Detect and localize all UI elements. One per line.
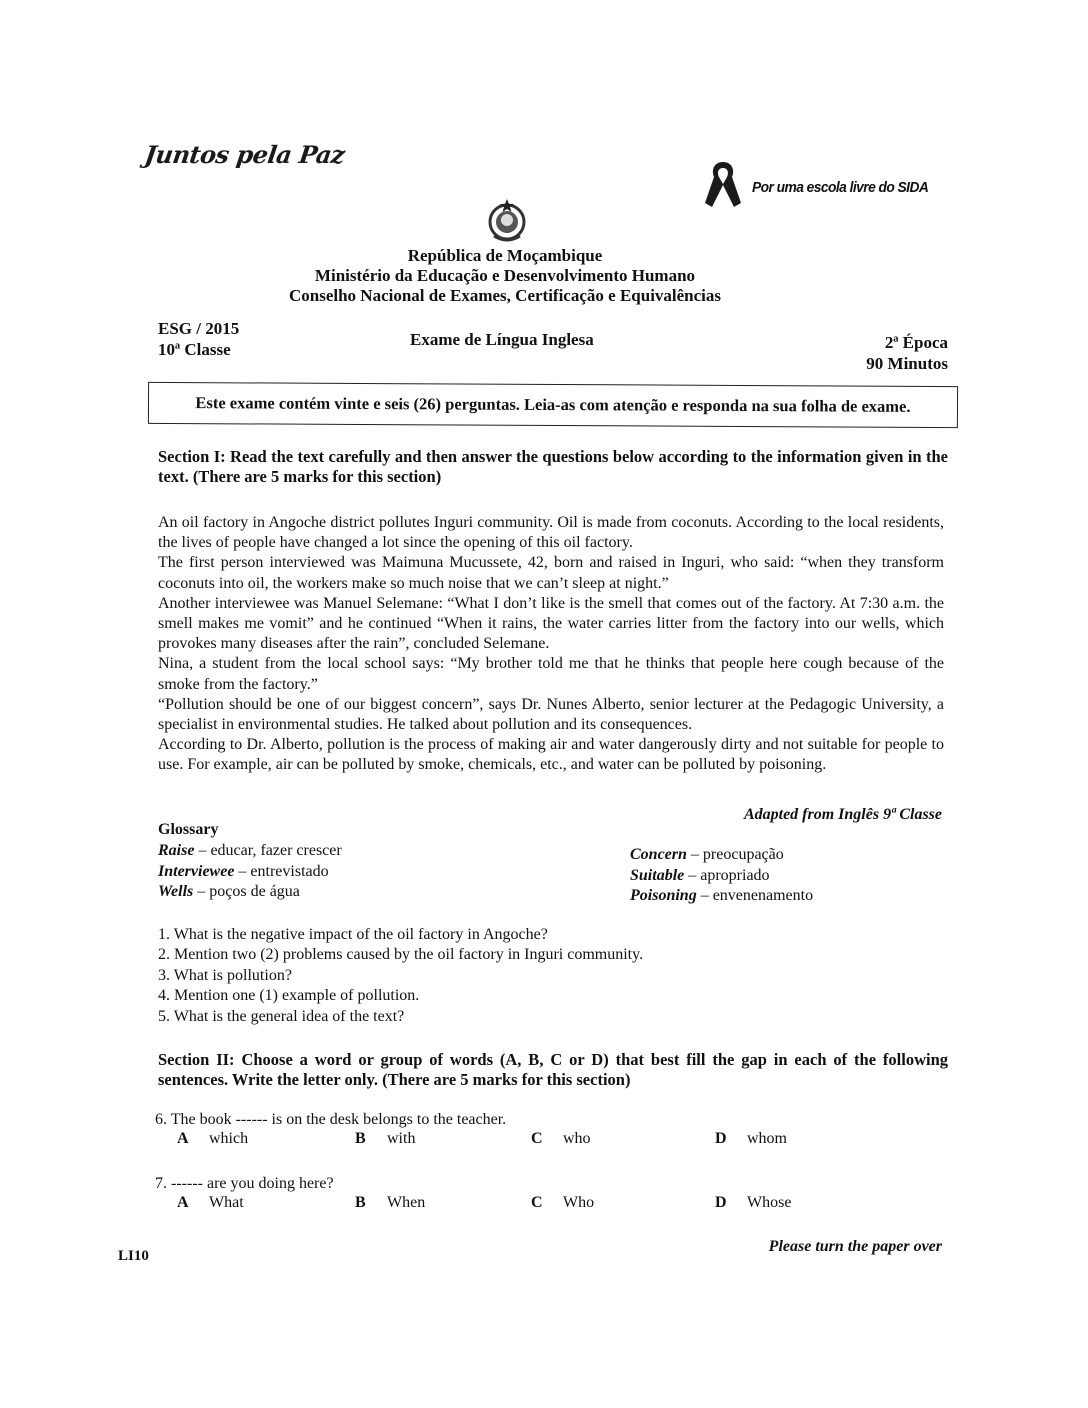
turn-over-note: Please turn the paper over <box>769 1238 942 1256</box>
section-1-heading: Section I: Read the text carefully and t… <box>158 447 948 487</box>
option-d: Dwhom <box>715 1130 787 1148</box>
passage-source: Adapted from Inglês 9ª Classe <box>744 806 942 824</box>
grade: 10ª Classe <box>158 339 239 360</box>
passage-paragraph: “Pollution should be one of our biggest … <box>158 695 944 735</box>
option-c: CWho <box>531 1194 594 1212</box>
option-a: AWhat <box>177 1194 244 1212</box>
mozambique-coat-of-arms-icon <box>482 196 532 246</box>
passage-paragraph: According to Dr. Alberto, pollution is t… <box>158 735 944 775</box>
question-stem: 7. ------ are you doing here? <box>155 1174 334 1194</box>
glossary-entry: Raise – educar, fazer crescer <box>158 841 342 862</box>
glossary-entry: Suitable – apropriado <box>630 866 813 887</box>
exam-title: Exame de Língua Inglesa <box>410 330 594 350</box>
answer-options: AWhat BWhen CWho DWhose <box>177 1194 334 1216</box>
slogan-text: Por uma escola livre do SIDA <box>752 179 928 196</box>
glossary-left: Raise – educar, fazer crescer Interviewe… <box>158 841 342 903</box>
page-code: LI10 <box>118 1248 149 1265</box>
passage-paragraph: Nina, a student from the local school sa… <box>158 654 944 694</box>
question: 5. What is the general idea of the text? <box>158 1007 643 1027</box>
exam-meta-right: 2ª Época 90 Minutos <box>866 332 948 374</box>
option-b: BWhen <box>355 1194 425 1212</box>
glossary-entry: Interviewee – entrevistado <box>158 862 342 883</box>
glossary-entry: Poisoning – envenenamento <box>630 886 813 907</box>
ministry-name: Ministério da Educação e Desenvolvimento… <box>0 266 1010 286</box>
glossary-entry: Concern – preocupação <box>630 845 813 866</box>
mcq-question-6: 6. The book ------ is on the desk belong… <box>155 1110 506 1152</box>
question: 1. What is the negative impact of the oi… <box>158 925 643 945</box>
instructions-box: Este exame contém vinte e seis (26) perg… <box>148 382 958 428</box>
council-name: Conselho Nacional de Exames, Certificaçã… <box>0 286 1010 306</box>
glossary-right: Concern – preocupação Suitable – apropri… <box>630 845 813 907</box>
motto: Juntos pela Paz <box>143 140 346 169</box>
reading-passage: An oil factory in Angoche district pollu… <box>158 513 944 776</box>
exam-duration: 90 Minutos <box>866 353 948 374</box>
slogan-block: Por uma escola livre do SIDA <box>700 158 944 210</box>
section-2-heading: Section II: Choose a word or group of wo… <box>158 1050 948 1090</box>
option-a: Awhich <box>177 1130 248 1148</box>
passage-paragraph: Another interviewee was Manuel Selemane:… <box>158 594 944 655</box>
exam-season: 2ª Época <box>866 332 948 353</box>
section-1-questions: 1. What is the negative impact of the oi… <box>158 925 643 1027</box>
institution-block: República de Moçambique Ministério da Ed… <box>0 246 1010 306</box>
option-c: Cwho <box>531 1130 591 1148</box>
mcq-question-7: 7. ------ are you doing here? AWhat BWhe… <box>155 1174 334 1216</box>
instructions-text: Este exame contém vinte e seis (26) perg… <box>195 393 910 417</box>
exam-code: ESG / 2015 <box>158 318 239 339</box>
option-d: DWhose <box>715 1194 791 1212</box>
glossary-title: Glossary <box>158 821 218 839</box>
question: 2. Mention two (2) problems caused by th… <box>158 945 643 965</box>
question: 4. Mention one (1) example of pollution. <box>158 986 643 1006</box>
country-name: República de Moçambique <box>0 246 1010 266</box>
question-stem: 6. The book ------ is on the desk belong… <box>155 1110 506 1130</box>
glossary-entry: Wells – poços de água <box>158 882 342 903</box>
passage-paragraph: The first person interviewed was Maimuna… <box>158 553 944 593</box>
option-b: Bwith <box>355 1130 415 1148</box>
passage-paragraph: An oil factory in Angoche district pollu… <box>158 513 944 553</box>
answer-options: Awhich Bwith Cwho Dwhom <box>177 1130 506 1152</box>
awareness-ribbon-icon <box>700 158 746 210</box>
exam-meta-left: ESG / 2015 10ª Classe <box>158 318 239 360</box>
question: 3. What is pollution? <box>158 966 643 986</box>
